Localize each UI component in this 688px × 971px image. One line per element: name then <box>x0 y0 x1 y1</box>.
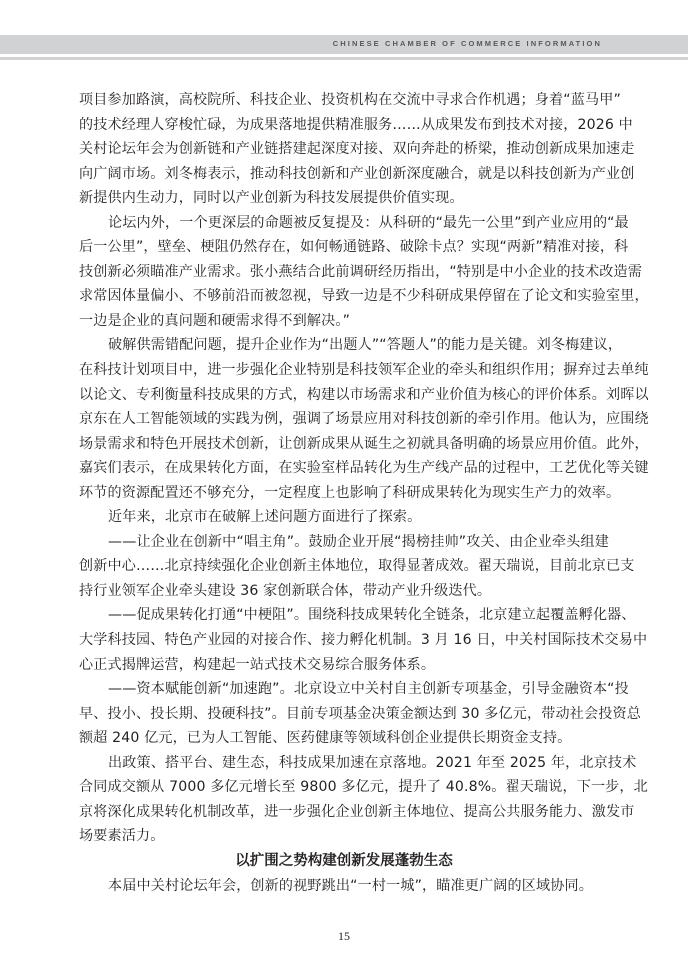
text-line: 额超 240 亿元，已为人工智能、医药健康等领域科创企业提供长期资金支持。 <box>79 726 609 751</box>
publication-name: CHINESE CHAMBER OF COMMERCE INFORMATION <box>333 39 602 48</box>
text-line: 创新中心……北京持续强化企业创新主体地位，取得显著成效。翟天瑞说，目前北京已支 <box>79 554 609 579</box>
text-line: 本届中关村论坛年会，创新的视野跳出“一村一城”，瞄准更广阔的区域协同。 <box>79 874 609 899</box>
paragraph: ——资本赋能创新“加速跑”。北京设立中关村自主创新专项基金，引导金融资本“投早、… <box>79 677 609 751</box>
text-line: ——让企业在创新中“唱主角”。鼓励企业开展“揭榜挂帅”攻关、由企业牵头组建 <box>79 530 609 555</box>
page-number: 15 <box>0 929 688 944</box>
paragraph: 本届中关村论坛年会，创新的视野跳出“一村一城”，瞄准更广阔的区域协同。 <box>79 874 609 899</box>
text-line: 场要素活力。 <box>79 824 609 849</box>
paragraph: 论坛内外，一个更深层的命题被反复提及：从科研的“最先一公里”到产业应用的“最后一… <box>79 211 609 334</box>
paragraph: ——让企业在创新中“唱主角”。鼓励企业开展“揭榜挂帅”攻关、由企业牵头组建创新中… <box>79 530 609 604</box>
text-line: 嘉宾们表示，在成果转化方面，在实验室样品转化为生产线产品的过程中，工艺优化等关键 <box>79 456 609 481</box>
text-line: 出政策、搭平台、建生态，科技成果加速在京落地。2021 年至 2025 年，北京… <box>79 751 609 776</box>
text-line: 一边是企业的真问题和硬需求得不到解决。” <box>79 309 609 334</box>
text-line: 项目参加路演，高校院所、科技企业、投资机构在交流中寻求合作机遇；身着“蓝马甲” <box>79 88 609 113</box>
text-line: 后一公里”，壁垒、梗阻仍然存在，如何畅通链路、破除卡点？实现“两新”精准对接，科 <box>79 235 609 260</box>
paragraph: ——促成果转化打通“中梗阻”。围绕科技成果转化全链条，北京建立起覆盖孵化器、大学… <box>79 603 609 677</box>
text-line: 持行业领军企业牵头建设 36 家创新联合体，带动产业升级迭代。 <box>79 579 609 604</box>
paragraph: 破解供需错配问题，提升企业作为“出题人”“答题人”的能力是关键。刘冬梅建议，在科… <box>79 333 609 505</box>
paragraph: 近年来，北京市在破解上述问题方面进行了探索。 <box>79 505 609 530</box>
text-line: 在科技计划项目中，进一步强化企业特别是科技领军企业的牵头和组织作用；摒弃过去单纯 <box>79 358 609 383</box>
paragraph: 项目参加路演，高校院所、科技企业、投资机构在交流中寻求合作机遇；身着“蓝马甲”的… <box>79 88 609 211</box>
text-line: ——资本赋能创新“加速跑”。北京设立中关村自主创新专项基金，引导金融资本“投 <box>79 677 609 702</box>
text-line: 关村论坛年会为创新链和产业链搭建起深度对接、双向奔赴的桥梁，推动创新成果加速走 <box>79 137 609 162</box>
text-line: 场景需求和特色开展技术创新，让创新成果从诞生之初就具备明确的场景应用价值。此外， <box>79 432 609 457</box>
text-line: ——促成果转化打通“中梗阻”。围绕科技成果转化全链条，北京建立起覆盖孵化器、 <box>79 603 609 628</box>
text-line: 京东在人工智能领域的实践为例，强调了场景应用对科技创新的牵引作用。他认为，应围绕 <box>79 407 609 432</box>
text-line: 京将深化成果转化机制改革，进一步强化企业创新主体地位、提高公共服务能力、激发市 <box>79 800 609 825</box>
text-line: 心正式揭牌运营，构建起一站式技术交易综合服务体系。 <box>79 653 609 678</box>
text-line: 环节的资源配置还不够充分，一定程度上也影响了科研成果转化为现实生产力的效率。 <box>79 481 609 506</box>
paragraph: 出政策、搭平台、建生态，科技成果加速在京落地。2021 年至 2025 年，北京… <box>79 751 609 849</box>
text-line: 技创新必须瞄准产业需求。张小燕结合此前调研经历指出，“特别是中小企业的技术改造需 <box>79 260 609 285</box>
text-line: 近年来，北京市在破解上述问题方面进行了探索。 <box>79 505 609 530</box>
section-heading: 以扩围之势构建创新发展蓬勃生态 <box>79 849 609 874</box>
text-line: 早、投小、投长期、投硬科技”。目前专项基金决策金额达到 30 多亿元，带动社会投… <box>79 702 609 727</box>
article-body: 项目参加路演，高校院所、科技企业、投资机构在交流中寻求合作机遇；身着“蓝马甲”的… <box>79 88 609 898</box>
text-line: 的技术经理人穿梭忙碌，为成果落地提供精准服务……从成果发布到技术对接，2026 … <box>79 113 609 138</box>
text-line: 破解供需错配问题，提升企业作为“出题人”“答题人”的能力是关键。刘冬梅建议， <box>79 333 609 358</box>
header-rule <box>0 57 688 60</box>
text-line: 以论文、专利衡量科技成果的方式，构建以市场需求和产业价值为核心的评价体系。刘晖以 <box>79 383 609 408</box>
text-line: 求常因体量偏小、不够前沿而被忽视，导致一边是不少科研成果停留在了论文和实验室里， <box>79 284 609 309</box>
text-line: 大学科技园、特色产业园的对接合作、接力孵化机制。3 月 16 日，中关村国际技术… <box>79 628 609 653</box>
text-line: 向广阔市场。刘冬梅表示，推动科技创新和产业创新深度融合，就是以科技创新为产业创 <box>79 162 609 187</box>
text-line: 合同成交额从 7000 多亿元增长至 9800 多亿元，提升了 40.8%。翟天… <box>79 775 609 800</box>
text-line: 论坛内外，一个更深层的命题被反复提及：从科研的“最先一公里”到产业应用的“最 <box>79 211 609 236</box>
text-line: 新提供内生动力，同时以产业创新为科技发展提供价值实现。 <box>79 186 609 211</box>
